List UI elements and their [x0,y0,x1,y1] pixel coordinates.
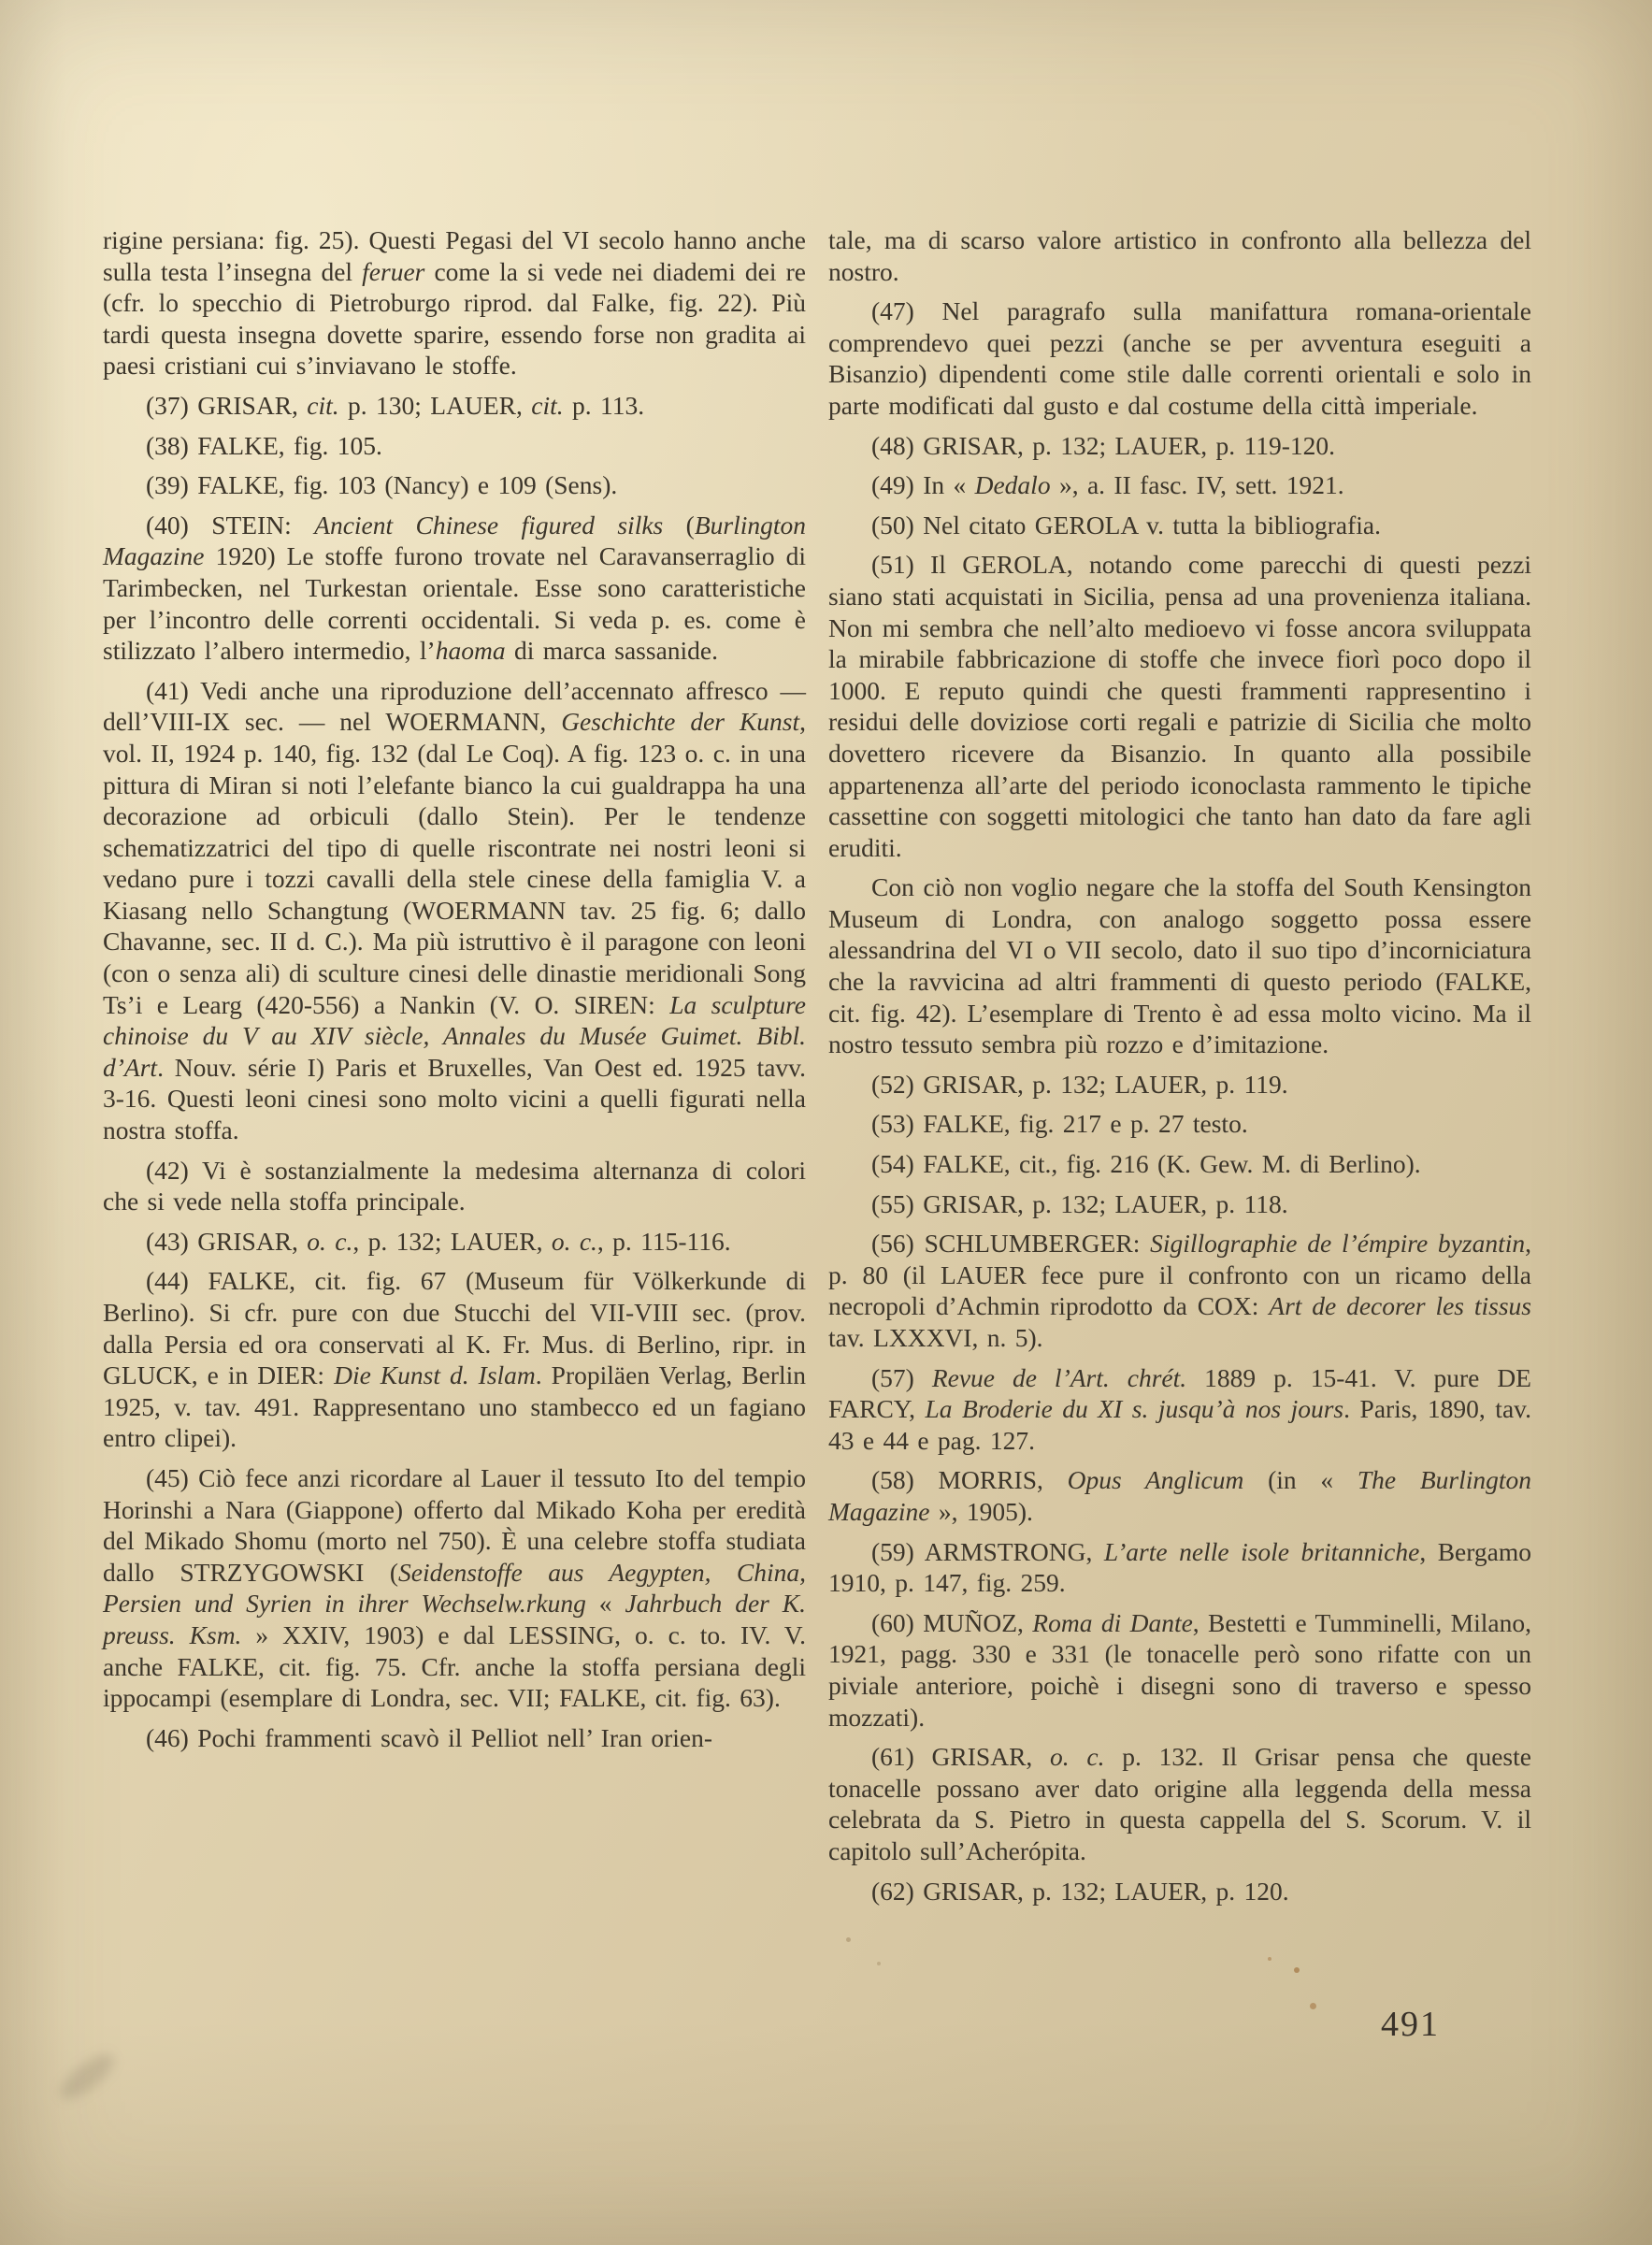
text-run: Roma di Dante [1032,1608,1193,1637]
text-run: (39) FALKE, fig. 103 (Nancy) e 109 (Sens… [146,470,617,499]
text-run: (47) Nel paragrafo sulla manifattura rom… [828,296,1531,420]
text-run: (43) GRISAR, [146,1227,307,1256]
body-continuation: rigine persiana: fig. 25). Questi Pegasi… [103,224,806,381]
text-run: di marca sassanide. [506,636,718,665]
text-run: (53) FALKE, fig. 217 e p. 27 testo. [871,1109,1248,1138]
text-run: (58) MORRIS, [871,1465,1068,1494]
text-run: o. c. [307,1227,352,1256]
text-run: La Broderie du XI s. jusqu’à nos jours [926,1394,1344,1423]
paper-smudge [53,2047,120,2107]
text-run: o. c. [552,1227,597,1256]
note-51: (51) Il GEROLA, notando come parecchi di… [828,549,1531,863]
text-run: Revue de l’Art. chrét. [932,1363,1186,1392]
paper-speck [877,1962,881,1965]
text-run: Ancient Chinese figured silks [314,511,663,540]
text-run: (46) Pochi frammenti scavò il Pelliot ne… [146,1723,712,1752]
note-49: (49) In « Dedalo », a. II fasc. IV, sett… [828,469,1531,501]
note-61: (61) GRISAR, o. c. p. 132. Il Grisar pen… [828,1741,1531,1866]
text-run: (57) [871,1363,932,1392]
note-60: (60) MUÑOZ, Roma di Dante, Bestetti e Tu… [828,1607,1531,1733]
note-42: (42) Vi è sostanzialmente la medesima al… [103,1155,806,1217]
paper-speck [846,1937,851,1942]
text-run: , p. 132; LAUER, [352,1227,551,1256]
note-47: (47) Nel paragrafo sulla manifattura rom… [828,295,1531,421]
text-run: « [586,1589,625,1618]
text-run: (62) GRISAR, p. 132; LAUER, p. 120. [871,1877,1289,1906]
text-run: ( [663,511,695,540]
paragraph-con-cio: Con ciò non voglio negare che la stoffa … [828,871,1531,1060]
note-45: (45) Ciò fece anzi ricordare al Lauer il… [103,1462,806,1714]
text-run: feruer [362,257,424,286]
left-column: rigine persiana: fig. 25). Questi Pegasi… [103,224,806,1762]
page-number: 491 [1381,2004,1440,2045]
text-run: (38) FALKE, fig. 105. [146,431,382,460]
paper-speck [1268,1957,1271,1961]
note-48: (48) GRISAR, p. 132; LAUER, p. 119-120. [828,430,1531,462]
text-run: cit. [307,391,338,420]
text-run: (61) GRISAR, [871,1742,1050,1771]
right-column: tale, ma di scarso valore artistico in c… [828,224,1531,1915]
text-run: , p. 115-116. [597,1227,731,1256]
text-run: Geschichte der Kunst [561,707,799,736]
note-43: (43) GRISAR, o. c., p. 132; LAUER, o. c.… [103,1226,806,1258]
text-run: . Nouv. série I) Paris et Bruxelles, Van… [103,1053,806,1144]
text-run: Con ciò non voglio negare che la stoffa … [828,872,1531,1058]
note-41: (41) Vedi anche una riproduzione dell’ac… [103,675,806,1146]
paper-speck [1294,1967,1300,1973]
text-run: (52) GRISAR, p. 132; LAUER, p. 119. [871,1070,1288,1099]
text-run: (42) Vi è sostanzialmente la medesima al… [103,1156,806,1216]
text-run: o. c. [1050,1742,1104,1771]
text-run: Art de decorer les tissus [1269,1291,1531,1320]
text-run: (50) Nel citato GEROLA v. tutta la bibli… [871,511,1381,540]
note-46: (46) Pochi frammenti scavò il Pelliot ne… [103,1722,806,1754]
text-run: (54) FALKE, cit., fig. 216 (K. Gew. M. d… [871,1149,1421,1178]
text-run: haoma [436,636,506,665]
text-run: tale, ma di scarso valore artistico in c… [828,225,1531,286]
text-run: Dedalo [975,470,1051,499]
note-56: (56) SCHLUMBERGER: Sigillographie de l’é… [828,1228,1531,1353]
note-57: (57) Revue de l’Art. chrét. 1889 p. 15-4… [828,1362,1531,1457]
text-run: p. 130; LAUER, [339,391,532,420]
text-run: L’arte nelle isole britanniche [1104,1537,1419,1566]
text-run: Die Kunst d. Islam [334,1360,536,1389]
text-run: (56) SCHLUMBERGER: [871,1229,1150,1258]
note-40: (40) STEIN: Ancient Chinese figured silk… [103,510,806,667]
note-54: (54) FALKE, cit., fig. 216 (K. Gew. M. d… [828,1148,1531,1180]
note-46-continuation: tale, ma di scarso valore artistico in c… [828,224,1531,287]
text-run: , vol. II, 1924 p. 140, fig. 132 (dal Le… [103,707,806,1018]
text-run: (in « [1243,1465,1358,1494]
text-run: Opus Anglicum [1068,1465,1244,1494]
text-run: cit. [531,391,563,420]
note-58: (58) MORRIS, Opus Anglicum (in « The Bur… [828,1464,1531,1527]
text-run: (51) Il GEROLA, notando come parecchi di… [828,550,1531,861]
text-run: (55) GRISAR, p. 132; LAUER, p. 118. [871,1189,1288,1218]
note-59: (59) ARMSTRONG, L’arte nelle isole brita… [828,1536,1531,1599]
note-55: (55) GRISAR, p. 132; LAUER, p. 118. [828,1188,1531,1220]
text-run: Sigillographie de l’émpire byzantin [1150,1229,1525,1258]
note-37: (37) GRISAR, cit. p. 130; LAUER, cit. p.… [103,390,806,422]
paper-speck [1310,2003,1316,2009]
text-run: tav. LXXXVI, n. 5). [828,1323,1043,1352]
text-run: », a. II fasc. IV, sett. 1921. [1051,470,1344,499]
note-38: (38) FALKE, fig. 105. [103,430,806,462]
text-run: p. 113. [564,391,644,420]
book-page: rigine persiana: fig. 25). Questi Pegasi… [0,0,1652,2245]
text-run: (59) ARMSTRONG, [871,1537,1104,1566]
note-50: (50) Nel citato GEROLA v. tutta la bibli… [828,510,1531,541]
note-52: (52) GRISAR, p. 132; LAUER, p. 119. [828,1069,1531,1101]
text-run: (49) In « [871,470,975,499]
text-run: (60) MUÑOZ, [871,1608,1032,1637]
note-62: (62) GRISAR, p. 132; LAUER, p. 120. [828,1876,1531,1907]
text-run: (37) GRISAR, [146,391,307,420]
note-53: (53) FALKE, fig. 217 e p. 27 testo. [828,1108,1531,1140]
note-39: (39) FALKE, fig. 103 (Nancy) e 109 (Sens… [103,469,806,501]
text-run: (48) GRISAR, p. 132; LAUER, p. 119-120. [871,431,1335,460]
text-run: », 1905). [929,1497,1032,1526]
text-run: (40) STEIN: [146,511,314,540]
note-44: (44) FALKE, cit. fig. 67 (Museum für Völ… [103,1265,806,1454]
